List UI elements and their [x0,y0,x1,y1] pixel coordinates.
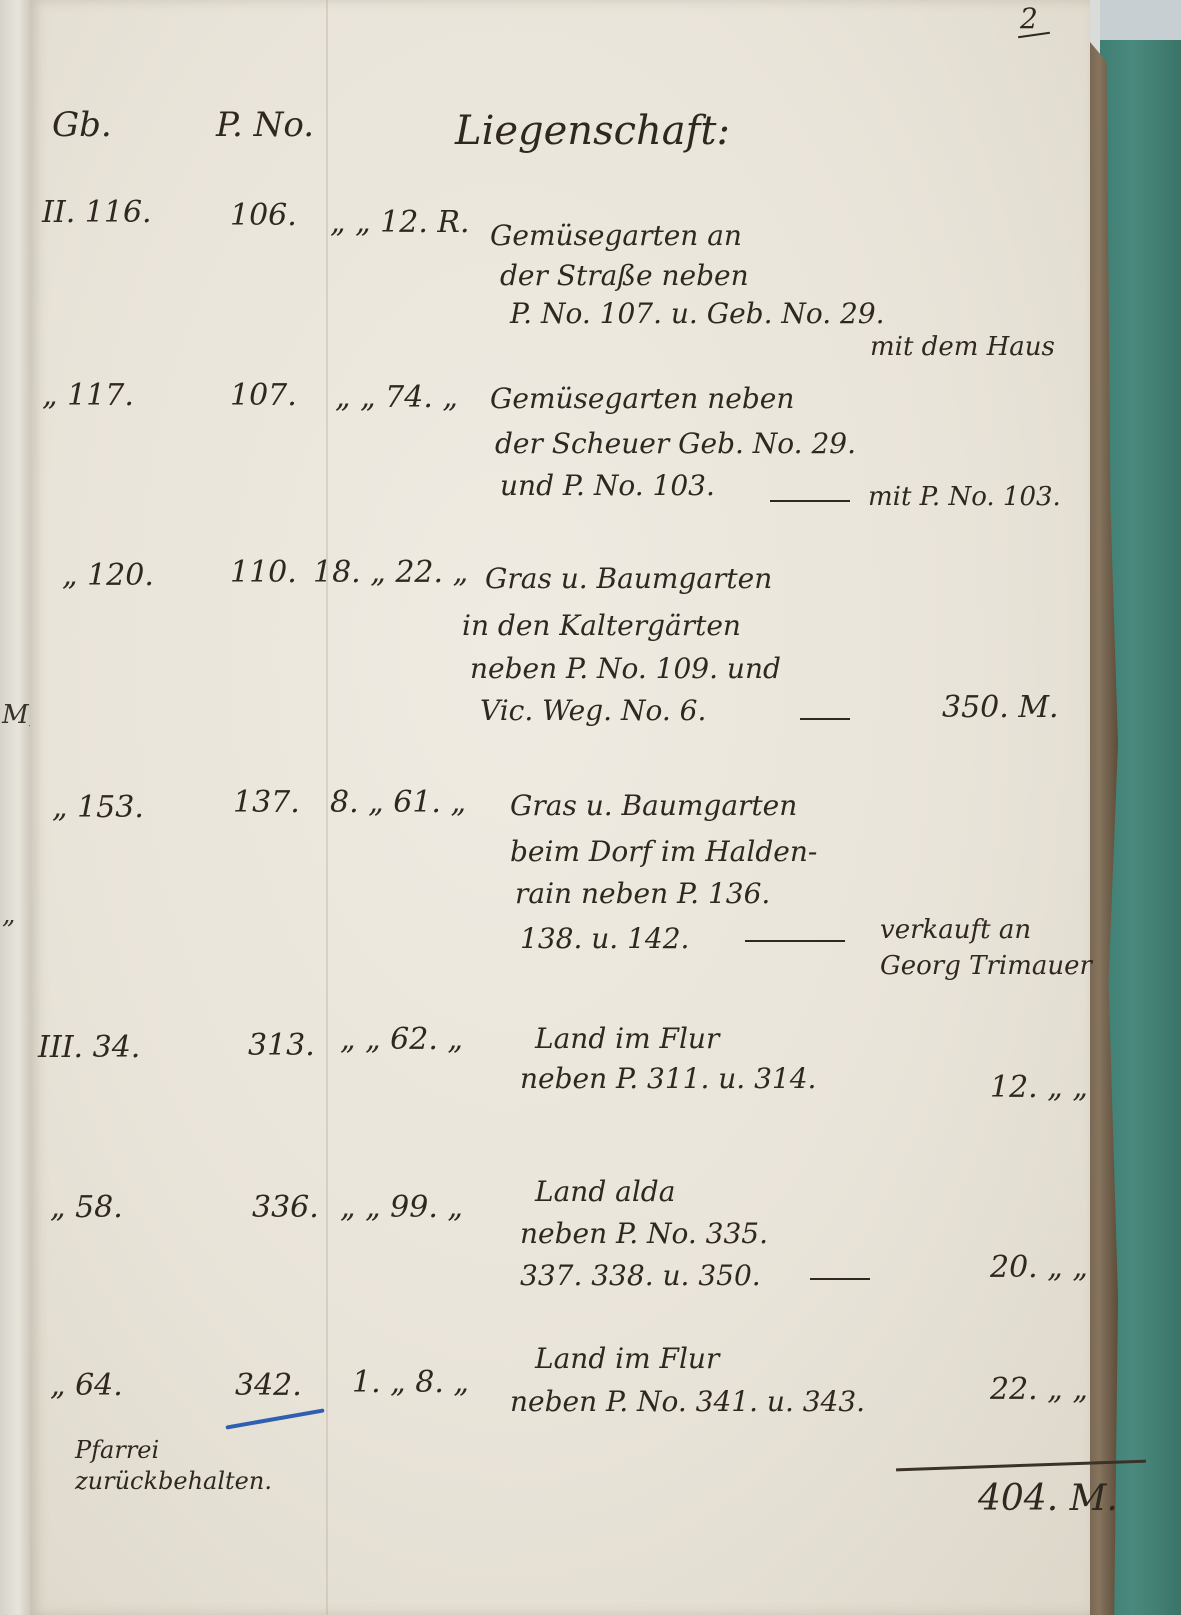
entry-parcel-no: 313. [248,1028,315,1063]
entry-gb: „ 117. [42,378,134,413]
entry-gb: „ 120. [62,558,154,593]
entry-parcel-no: 110. [230,555,297,590]
header-parcel-no: P. No. [216,105,314,145]
entry-note: mit dem Haus [870,332,1055,362]
entry-parcel-no: 106. [230,198,297,233]
entry-description-line: Land im Flur [535,1345,719,1373]
entry-parcel-no: 336. [252,1190,319,1225]
entry-description-line: Land im Flur [535,1025,719,1053]
entry-description-line: neben P. No. 341. u. 343. [510,1388,865,1416]
entry-description-line: neben P. No. 109. und [470,655,781,683]
entry-description-line: 337. 338. u. 350. [520,1262,761,1290]
entry-description-line: Gras u. Baumgarten [510,792,797,820]
blue-pencil-mark [225,1408,324,1429]
entry-area: „ „ 62. „ [340,1022,463,1057]
entry-value: 20. „ „ [990,1250,1088,1285]
background-top [1100,0,1181,45]
entry-area: „ „ 74. „ [335,380,458,415]
ledger-page: 2 Gb. P. No. Liegenschaft: II. 116. 106.… [30,0,1090,1615]
entry-parcel-no: 137. [233,785,300,820]
header-property: Liegenschaft: [455,108,730,154]
left-page-strip: M, „ [0,0,31,1615]
leader-dash [770,500,850,502]
entry-description-line: beim Dorf im Halden- [510,838,817,866]
entry-gb: „ 58. [50,1190,123,1225]
entry-parcel-no: 107. [230,378,297,413]
total-value: 404. M. [978,1478,1118,1519]
entry-description-line: 138. u. 142. [520,925,689,953]
entry-value: 350. M. [942,690,1059,725]
entry-description-line: Gras u. Baumgarten [485,565,772,593]
entry-description-line: neben P. No. 335. [520,1220,768,1248]
entry-description-line: neben P. 311. u. 314. [520,1065,816,1093]
entry-parcel-no: 342. [235,1368,302,1403]
entry-area: „ „ 12. R. [330,205,470,240]
leader-dash [800,718,850,720]
entry-area: 18. „ 22. „ [313,555,468,590]
header-gb: Gb. [52,105,112,145]
entry-note: mit P. No. 103. [868,482,1061,512]
entry-description-line: der Straße neben [500,262,749,290]
leader-dash [810,1278,870,1280]
entry-gb: II. 116. [42,195,152,230]
entry-description-line: rain neben P. 136. [515,880,770,908]
entry-area: 1. „ 8. „ [352,1365,469,1400]
entry-description-line: P. No. 107. u. Geb. No. 29. [510,300,885,328]
entry-value: 12. „ „ [990,1070,1088,1105]
entry-description-line: der Scheuer Geb. No. 29. [495,430,856,458]
left-page-fragment: „ [2,900,15,930]
entry-area: „ „ 99. „ [340,1190,463,1225]
entry-note: Pfarrei zurückbehalten. [75,1435,295,1497]
entry-gb: „ 64. [50,1368,123,1403]
page-fold [326,0,328,1615]
entry-description-line: Land alda [535,1178,675,1206]
entry-value: 22. „ „ [990,1372,1088,1407]
entry-description-line: Gemüsegarten an [490,222,742,250]
page-number: 2 [1020,2,1038,35]
entry-description-line: und P. No. 103. [500,472,715,500]
entry-gb: „ 153. [52,790,144,825]
entry-note: verkauft an Georg Trimauer [880,912,1100,985]
entry-area: 8. „ 61. „ [330,785,466,820]
entry-description-line: Vic. Weg. No. 6. [480,697,706,725]
leader-dash [745,940,845,942]
entry-gb: III. 34. [38,1030,140,1065]
entry-description-line: Gemüsegarten neben [490,385,794,413]
entry-description-line: in den Kaltergärten [462,612,741,640]
